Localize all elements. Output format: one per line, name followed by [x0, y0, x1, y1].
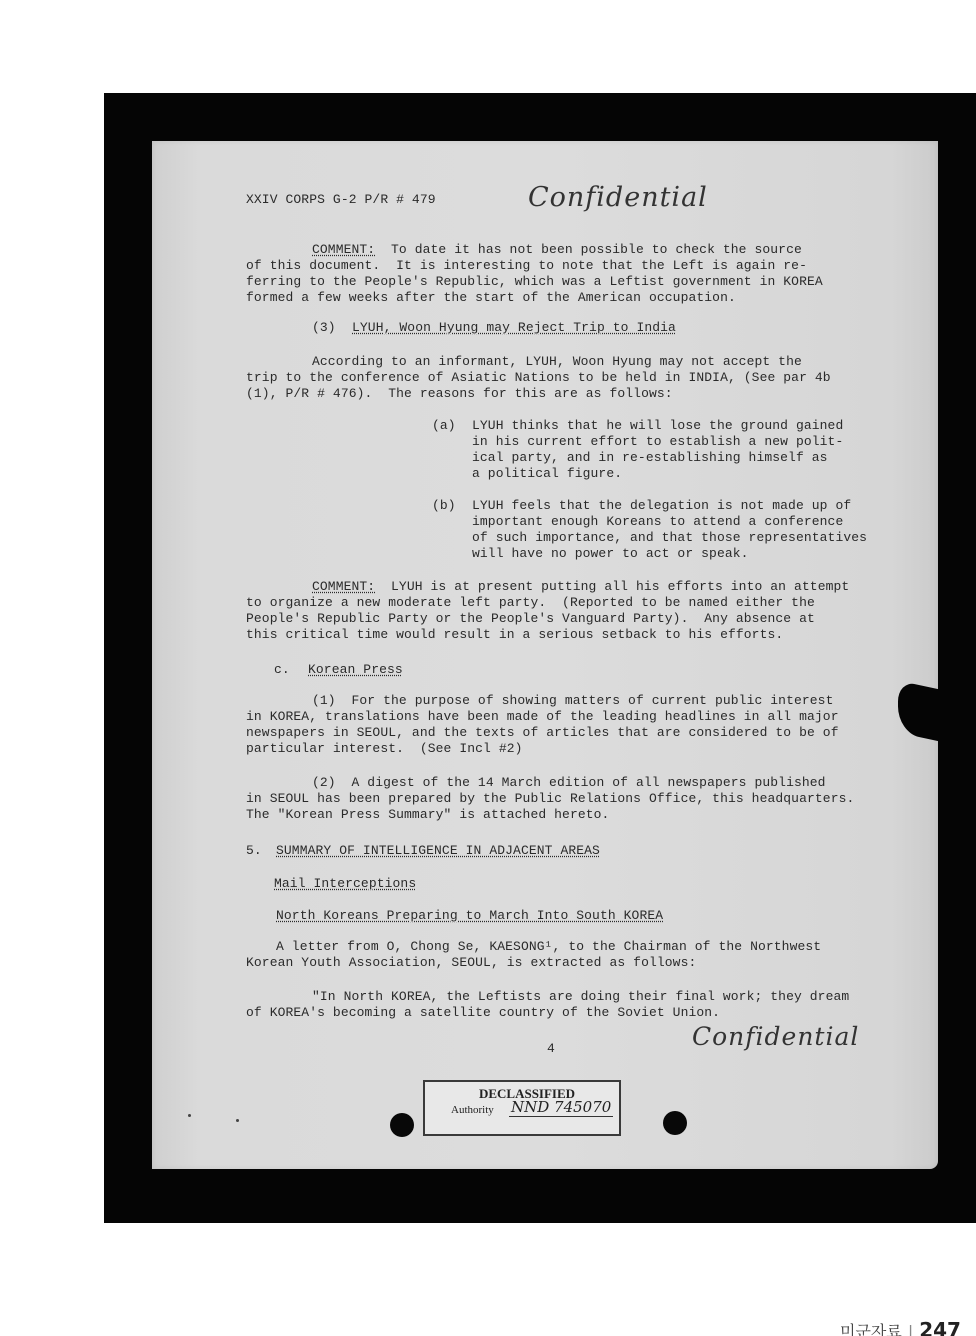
reason-line: will have no power to act or speak. — [472, 546, 749, 562]
handwritten-confidential-top: Confidential — [528, 182, 708, 213]
comment-line: to organize a new moderate left party. (… — [246, 595, 815, 611]
comment-line: of this document. It is interesting to n… — [246, 258, 807, 274]
section-5-number: 5. — [246, 843, 262, 859]
subheading-mail: Mail Interceptions — [274, 876, 416, 892]
paragraph-line: "In North KOREA, the Leftists are doing … — [312, 989, 849, 1005]
comment-line: ferring to the People's Republic, which … — [246, 274, 823, 290]
section-c-number: c. — [274, 662, 290, 678]
subheading-north-koreans: North Koreans Preparing to March Into So… — [276, 908, 663, 924]
reason-line: LYUH feels that the delegation is not ma… — [472, 498, 851, 514]
paragraph-line: The "Korean Press Summary" is attached h… — [246, 807, 609, 823]
declassified-stamp: DECLASSIFIED Authority NND 745070 — [423, 1080, 621, 1136]
paragraph-line: of KOREA's becoming a satellite country … — [246, 1005, 720, 1021]
section-3-title: LYUH, Woon Hyung may Reject Trip to Indi… — [352, 320, 676, 336]
comment-line: this critical time would result in a ser… — [246, 627, 783, 643]
paragraph-line: A letter from O, Chong Se, KAESONG¹, to … — [276, 939, 821, 955]
comment-line: COMMENT: To date it has not been possibl… — [246, 242, 802, 258]
comment-label: COMMENT: — [312, 579, 375, 594]
reason-line: in his current effort to establish a new… — [472, 434, 843, 450]
reason-label: (a) — [432, 418, 456, 434]
paragraph-line: in KOREA, translations have been made of… — [246, 709, 839, 725]
reason-line: of such importance, and that those repre… — [472, 530, 867, 546]
reason-line: LYUH thinks that he will lose the ground… — [472, 418, 843, 434]
paragraph-line: in SEOUL has been prepared by the Public… — [246, 791, 854, 807]
comment-line: People's Republic Party or the People's … — [246, 611, 815, 627]
reason-label: (b) — [432, 498, 456, 514]
comment-label: COMMENT: — [312, 242, 375, 257]
paragraph-line: particular interest. (See Incl #2) — [246, 741, 523, 757]
comment-line: COMMENT: LYUH is at present putting all … — [246, 579, 849, 595]
reason-line: a political figure. — [472, 466, 622, 482]
document-header: XXIV CORPS G-2 P/R # 479 — [246, 192, 436, 208]
paragraph-line: Korean Youth Association, SEOUL, is extr… — [246, 955, 696, 971]
stamp-authority-label: Authority — [451, 1104, 494, 1116]
page-footer: 미군자료|247 — [840, 1318, 961, 1336]
paragraph-line: (2) A digest of the 14 March edition of … — [312, 775, 826, 791]
speck — [236, 1119, 239, 1122]
paragraph-line: newspapers in SEOUL, and the texts of ar… — [246, 725, 839, 741]
stamp-authority-value: NND 745070 — [509, 1098, 613, 1117]
paragraph-line: According to an informant, LYUH, Woon Hy… — [312, 354, 802, 370]
paragraph-line: trip to the conference of Asiatic Nation… — [246, 370, 831, 386]
paragraph-line: (1) For the purpose of showing matters o… — [312, 693, 833, 709]
reason-line: ical party, and in re-establishing himse… — [472, 450, 828, 466]
footer-source-label: 미군자료 — [840, 1322, 902, 1336]
footer-page-number: 247 — [919, 1318, 961, 1336]
paragraph-line: (1), P/R # 476). The reasons for this ar… — [246, 386, 673, 402]
punch-hole-right — [663, 1111, 687, 1135]
comment-text: LYUH is at present putting all his effor… — [375, 579, 849, 594]
speck — [188, 1114, 191, 1117]
comment-line: formed a few weeks after the start of th… — [246, 290, 736, 306]
page-number: 4 — [547, 1041, 555, 1057]
reason-line: important enough Koreans to attend a con… — [472, 514, 843, 530]
footer-separator: | — [908, 1322, 913, 1336]
handwritten-confidential-bottom: Confidential — [692, 1022, 859, 1051]
section-5-title: SUMMARY OF INTELLIGENCE IN ADJACENT AREA… — [276, 843, 600, 859]
section-3-number: (3) — [312, 320, 336, 336]
comment-text: To date it has not been possible to chec… — [375, 242, 802, 257]
section-c-title: Korean Press — [308, 662, 403, 678]
punch-hole-left — [390, 1113, 414, 1137]
